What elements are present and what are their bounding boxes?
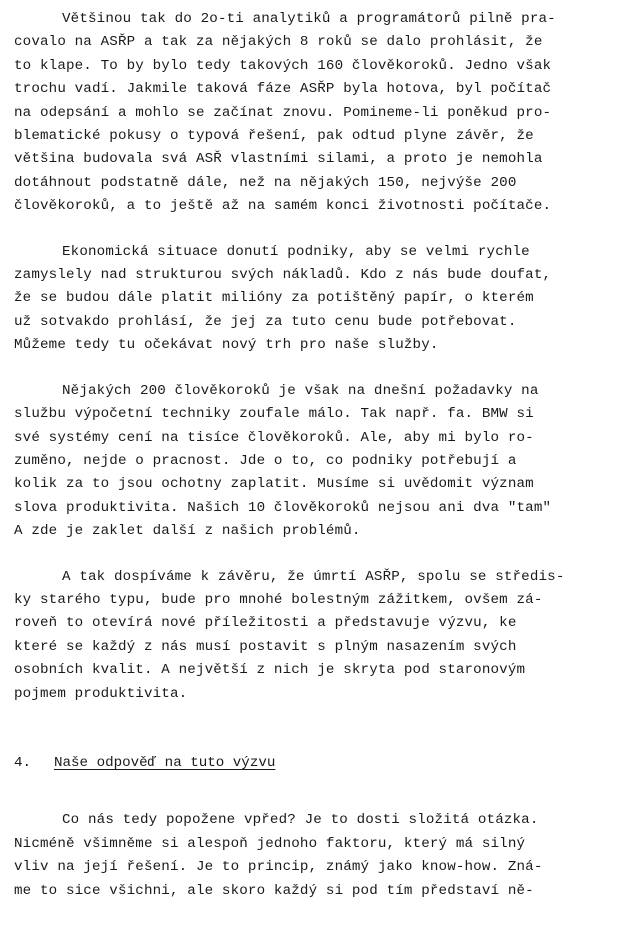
text-line: kolik za to jsou ochotny zaplatit. Musím… <box>14 473 636 496</box>
paragraph-5: Co nás tedy popožene vpřed? Je to dosti … <box>14 809 636 903</box>
text-line: blematické pokusy o typová řešení, pak o… <box>14 125 636 148</box>
text-line: Můžeme tedy tu očekávat nový trh pro naš… <box>14 334 636 357</box>
text-line: službu výpočetní techniky zoufale málo. … <box>14 403 636 426</box>
section-spacer <box>14 775 636 809</box>
text-line: Většinou tak do 2o-ti analytiků a progra… <box>14 8 636 31</box>
text-line: dotáhnout podstatně dále, než na nějakýc… <box>14 172 636 195</box>
text-line: Co nás tedy popožene vpřed? Je to dosti … <box>14 809 636 832</box>
paragraph-1: Většinou tak do 2o-ti analytiků a progra… <box>14 8 636 219</box>
text-line: vliv na její řešení. Je to princip, znám… <box>14 856 636 879</box>
text-line: své systémy cení na tisíce člověkoroků. … <box>14 427 636 450</box>
paragraph-spacer <box>14 219 636 241</box>
section-spacer <box>14 706 636 752</box>
text-line: většina budovala svá ASŘ vlastními silam… <box>14 148 636 171</box>
text-line: už sotvakdo prohlásí, že jej za tuto cen… <box>14 311 636 334</box>
text-line: covalo na ASŘP a tak za nějakých 8 roků … <box>14 31 636 54</box>
section-number: 4. <box>14 752 54 775</box>
text-line: slova produktivita. Našich 10 člověkorok… <box>14 497 636 520</box>
text-line: roveň to otevírá nové příležitosti a pře… <box>14 612 636 635</box>
text-line: pojmem produktivita. <box>14 683 636 706</box>
text-line: Ekonomická situace donutí podniky, aby s… <box>14 241 636 264</box>
text-line: osobních kvalit. A největší z nich je sk… <box>14 659 636 682</box>
text-line: Nicméně všimněme si alespoň jednoho fakt… <box>14 833 636 856</box>
section-heading: 4.Naše odpověď na tuto výzvu <box>14 752 636 775</box>
section-title: Naše odpověď na tuto výzvu <box>54 755 275 771</box>
text-line: trochu vadí. Jakmile taková fáze ASŘP by… <box>14 78 636 101</box>
paragraph-spacer <box>14 544 636 566</box>
text-line: že se budou dále platit milióny za potiš… <box>14 287 636 310</box>
paragraph-2: Ekonomická situace donutí podniky, aby s… <box>14 241 636 358</box>
text-line: zamyslely nad strukturou svých nákladů. … <box>14 264 636 287</box>
text-line: ky starého typu, bude pro mnohé bolestný… <box>14 589 636 612</box>
paragraph-3: Nějakých 200 člověkoroků je však na dneš… <box>14 380 636 544</box>
text-line: na odepsání a mohlo se začínat znovu. Po… <box>14 102 636 125</box>
text-line: A zde je zaklet další z našich problémů. <box>14 520 636 543</box>
typewritten-page: Většinou tak do 2o-ti analytiků a progra… <box>14 8 636 903</box>
text-line: které se každý z nás musí postavit s pln… <box>14 636 636 659</box>
text-line: A tak dospíváme k závěru, že úmrtí ASŘP,… <box>14 566 636 589</box>
paragraph-4: A tak dospíváme k závěru, že úmrtí ASŘP,… <box>14 566 636 706</box>
paragraph-spacer <box>14 358 636 380</box>
text-line: zuměno, nejde o pracnost. Jde o to, co p… <box>14 450 636 473</box>
text-line: me to sice všichni, ale skoro každý si p… <box>14 880 636 903</box>
text-line: to klape. To by bylo tedy takových 160 č… <box>14 55 636 78</box>
text-line: člověkoroků, a to ještě až na samém konc… <box>14 195 636 218</box>
text-line: Nějakých 200 člověkoroků je však na dneš… <box>14 380 636 403</box>
